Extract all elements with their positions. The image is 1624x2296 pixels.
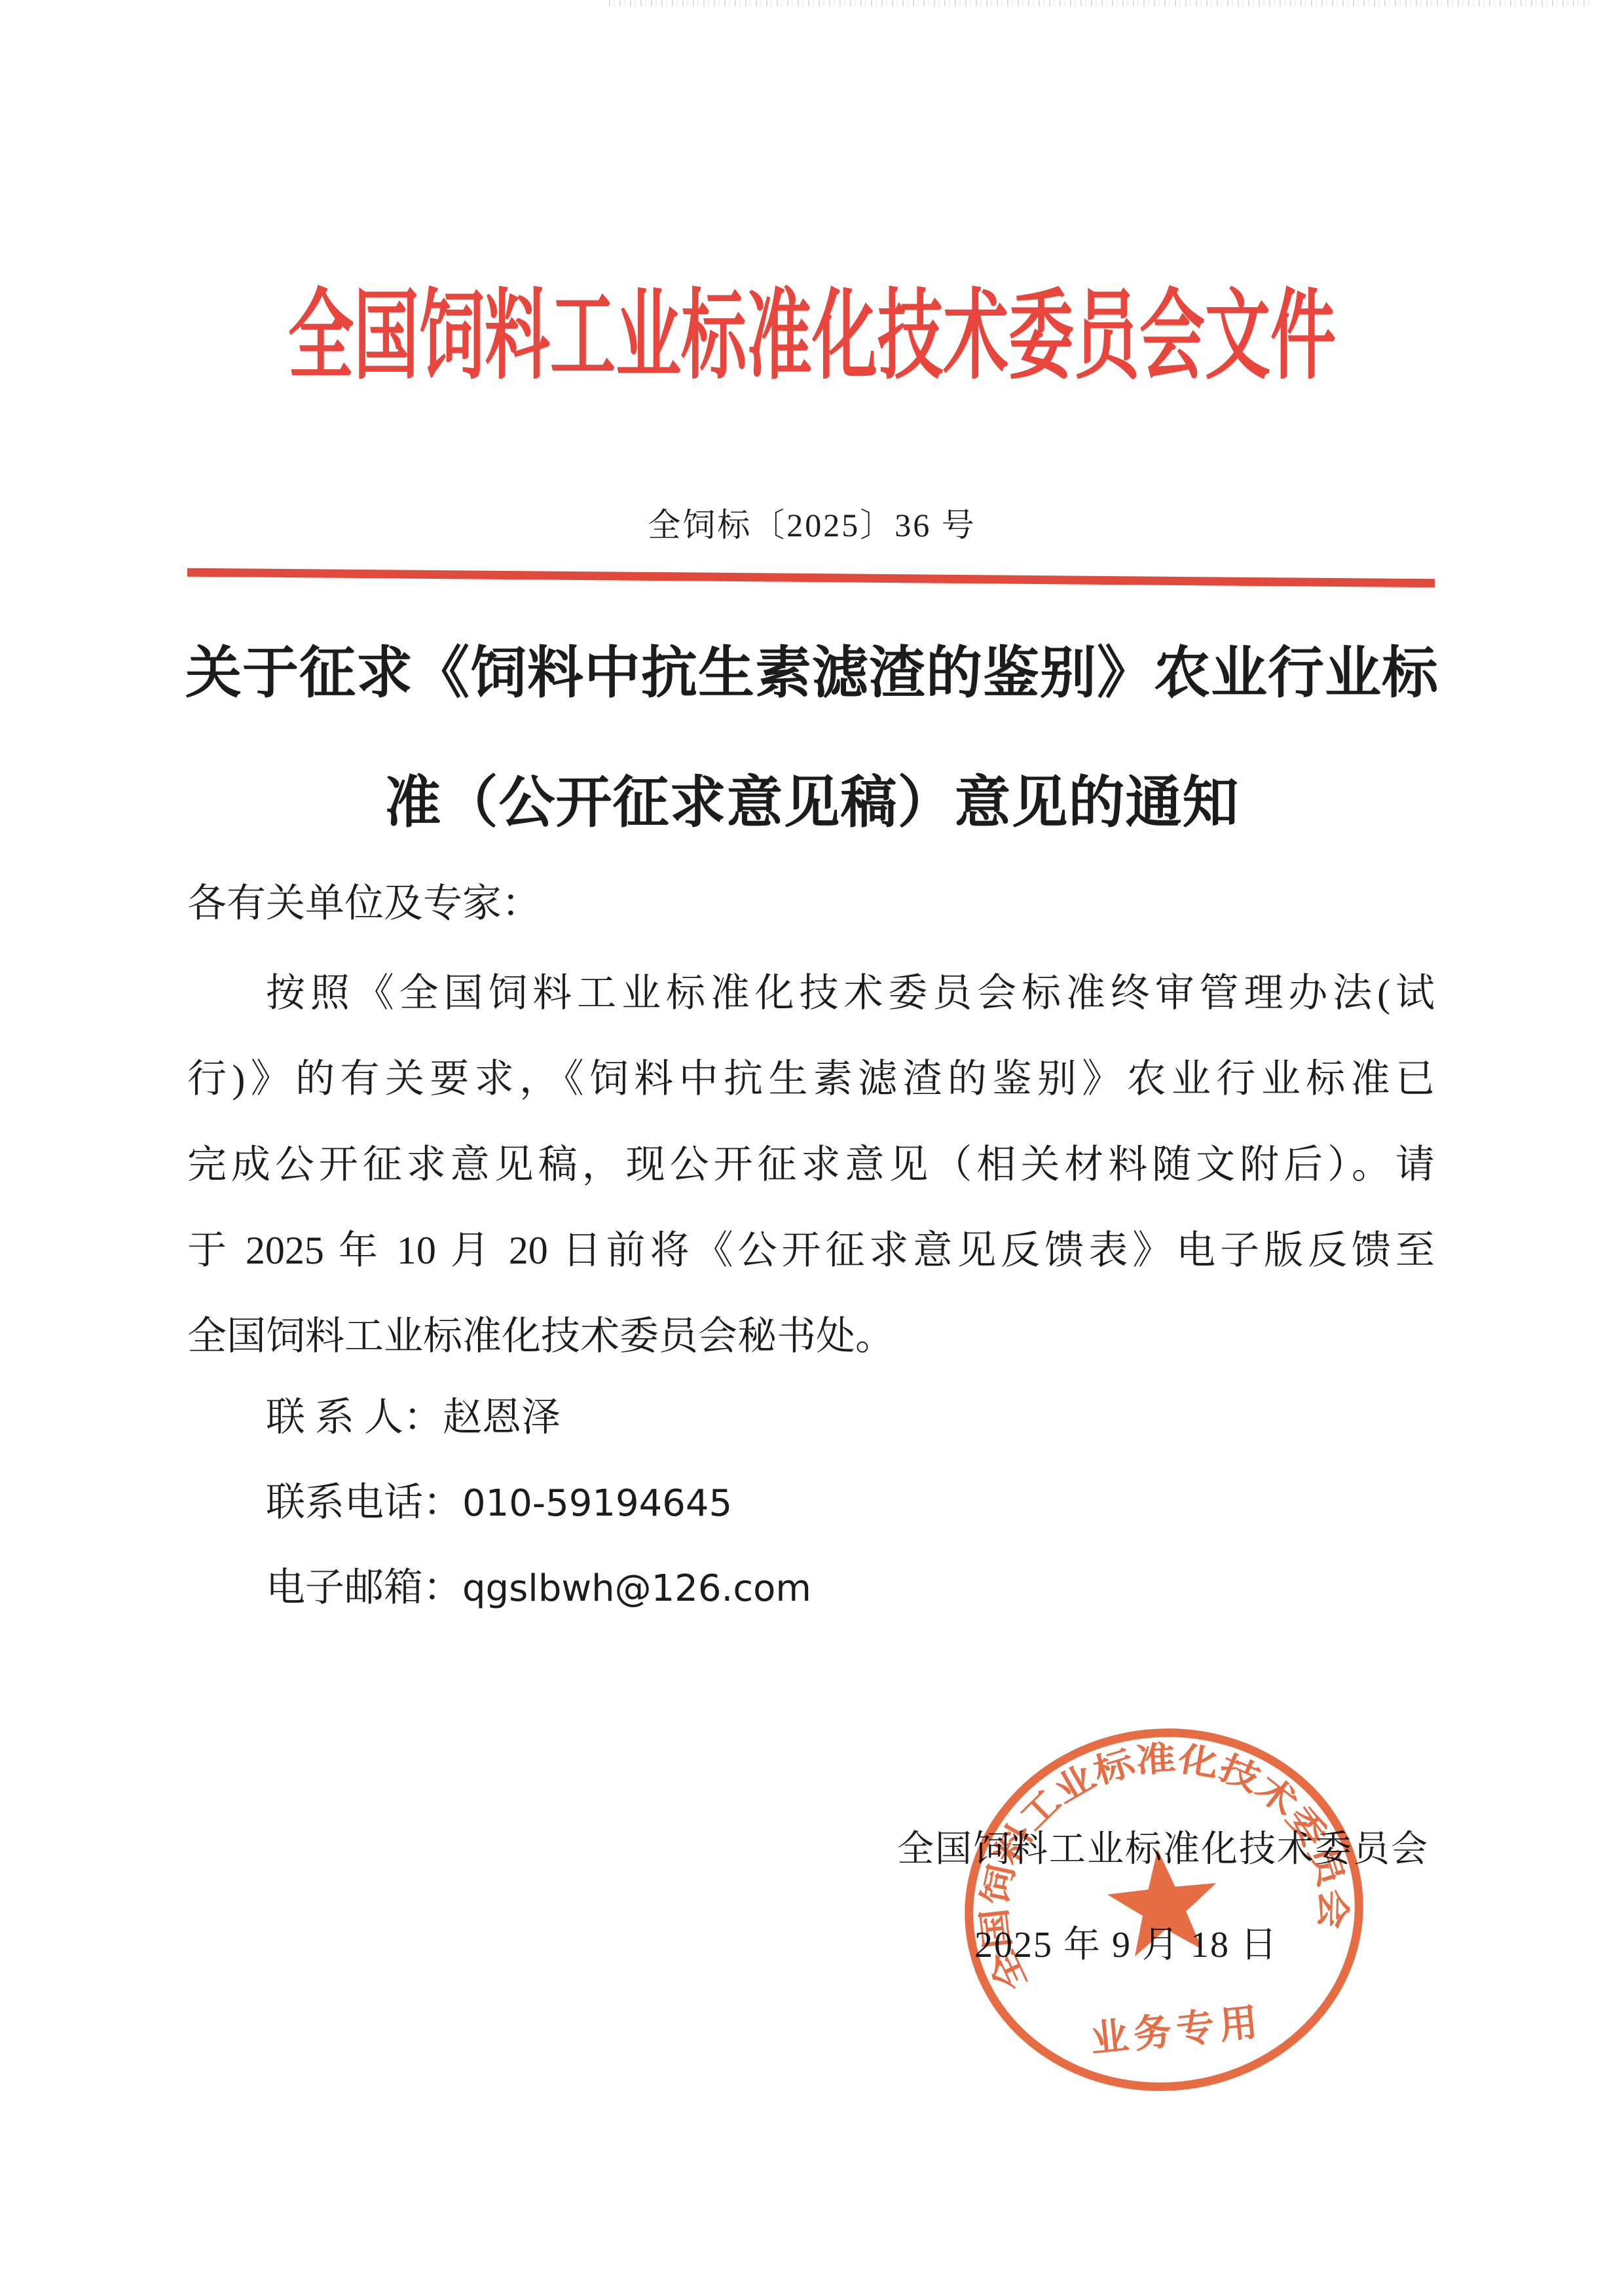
contact-block: 联 系 人：赵恩泽联系电话：010-59194645电子邮箱：qgslbwh@1… [187, 1375, 1435, 1630]
body-line: 按照《全国饲料工业标准化技术委员会标准终审管理办法(试 [187, 951, 1435, 1036]
document-number: 全饲标〔2025〕36 号 [0, 499, 1624, 546]
document-page: 全国饲料工业标准化技术委员会文件 全饲标〔2025〕36 号 关于征求《饲料中抗… [0, 0, 1624, 2296]
contact-value: 010-59194645 [462, 1482, 732, 1525]
contact-label: 联 系 人： [266, 1396, 443, 1439]
salutation: 各有关单位及专家： [187, 872, 541, 928]
contact-line: 电子邮箱：qgslbwh@126.com [187, 1545, 1435, 1630]
letterhead-org-title: 全国饲料工业标准化技术委员会文件 [0, 257, 1624, 398]
contact-label: 联系电话： [266, 1481, 462, 1524]
scan-noise-artifact [609, 0, 1591, 7]
red-divider-rule [187, 568, 1435, 588]
contact-line: 联 系 人：赵恩泽 [187, 1375, 1435, 1460]
body-line: 全国饲料工业标准化技术委员会秘书处。 [187, 1294, 1435, 1379]
official-stamp: 全国饲料工业标准化技术委员会 业务专用 [929, 1695, 1399, 2131]
body-paragraph: 按照《全国饲料工业标准化技术委员会标准终审管理办法(试行)》的有关要求，《饲料中… [187, 951, 1435, 1379]
body-line: 完成公开征求意见稿，现公开征求意见（相关材料随文附后）。请 [187, 1122, 1435, 1208]
stamp-star-icon [1103, 1844, 1223, 1959]
notice-title-line1: 关于征求《饲料中抗生素滤渣的鉴别》农业行业标 [0, 627, 1624, 708]
contact-label: 电子邮箱： [266, 1566, 462, 1609]
body-line: 于 2025 年 10 月 20 日前将《公开征求意见反馈表》电子版反馈至 [187, 1208, 1435, 1294]
stamp-bottom-text: 业务专用 [1088, 2000, 1264, 2060]
contact-value: qgslbwh@126.com [462, 1567, 811, 1610]
notice-title-line2: 准（公开征求意见稿）意见的通知 [0, 757, 1624, 838]
contact-line: 联系电话：010-59194645 [187, 1460, 1435, 1545]
contact-value: 赵恩泽 [443, 1396, 561, 1439]
body-line: 行)》的有关要求，《饲料中抗生素滤渣的鉴别》农业行业标准已 [187, 1036, 1435, 1122]
